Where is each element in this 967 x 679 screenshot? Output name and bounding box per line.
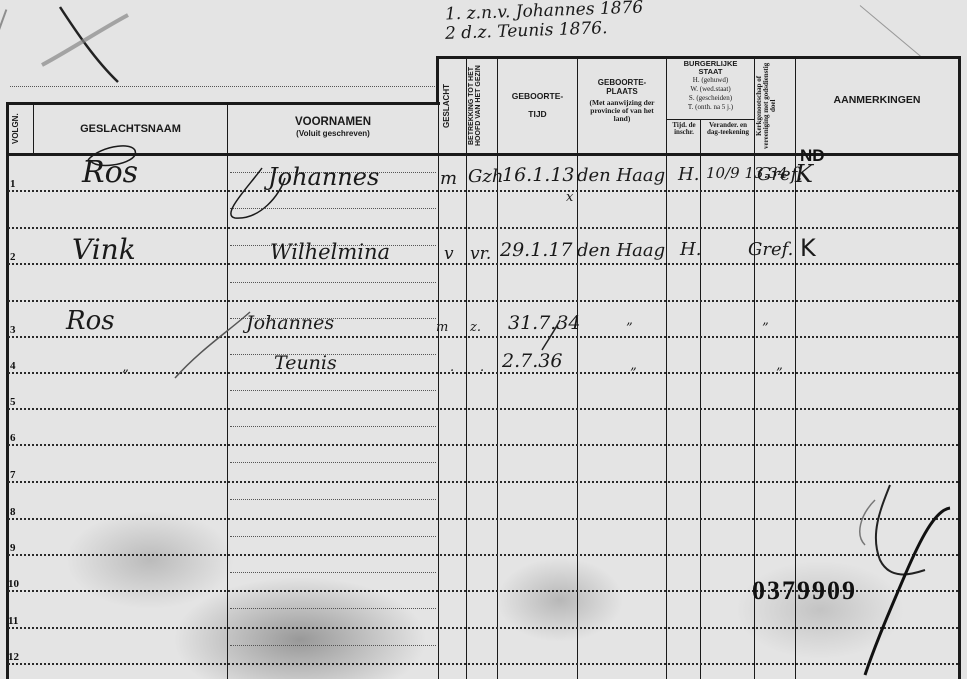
signature-mark xyxy=(840,480,960,679)
registration-card: 1. z.n.v. Johannes 1876 2 d.z. Teunis 18… xyxy=(0,0,967,679)
